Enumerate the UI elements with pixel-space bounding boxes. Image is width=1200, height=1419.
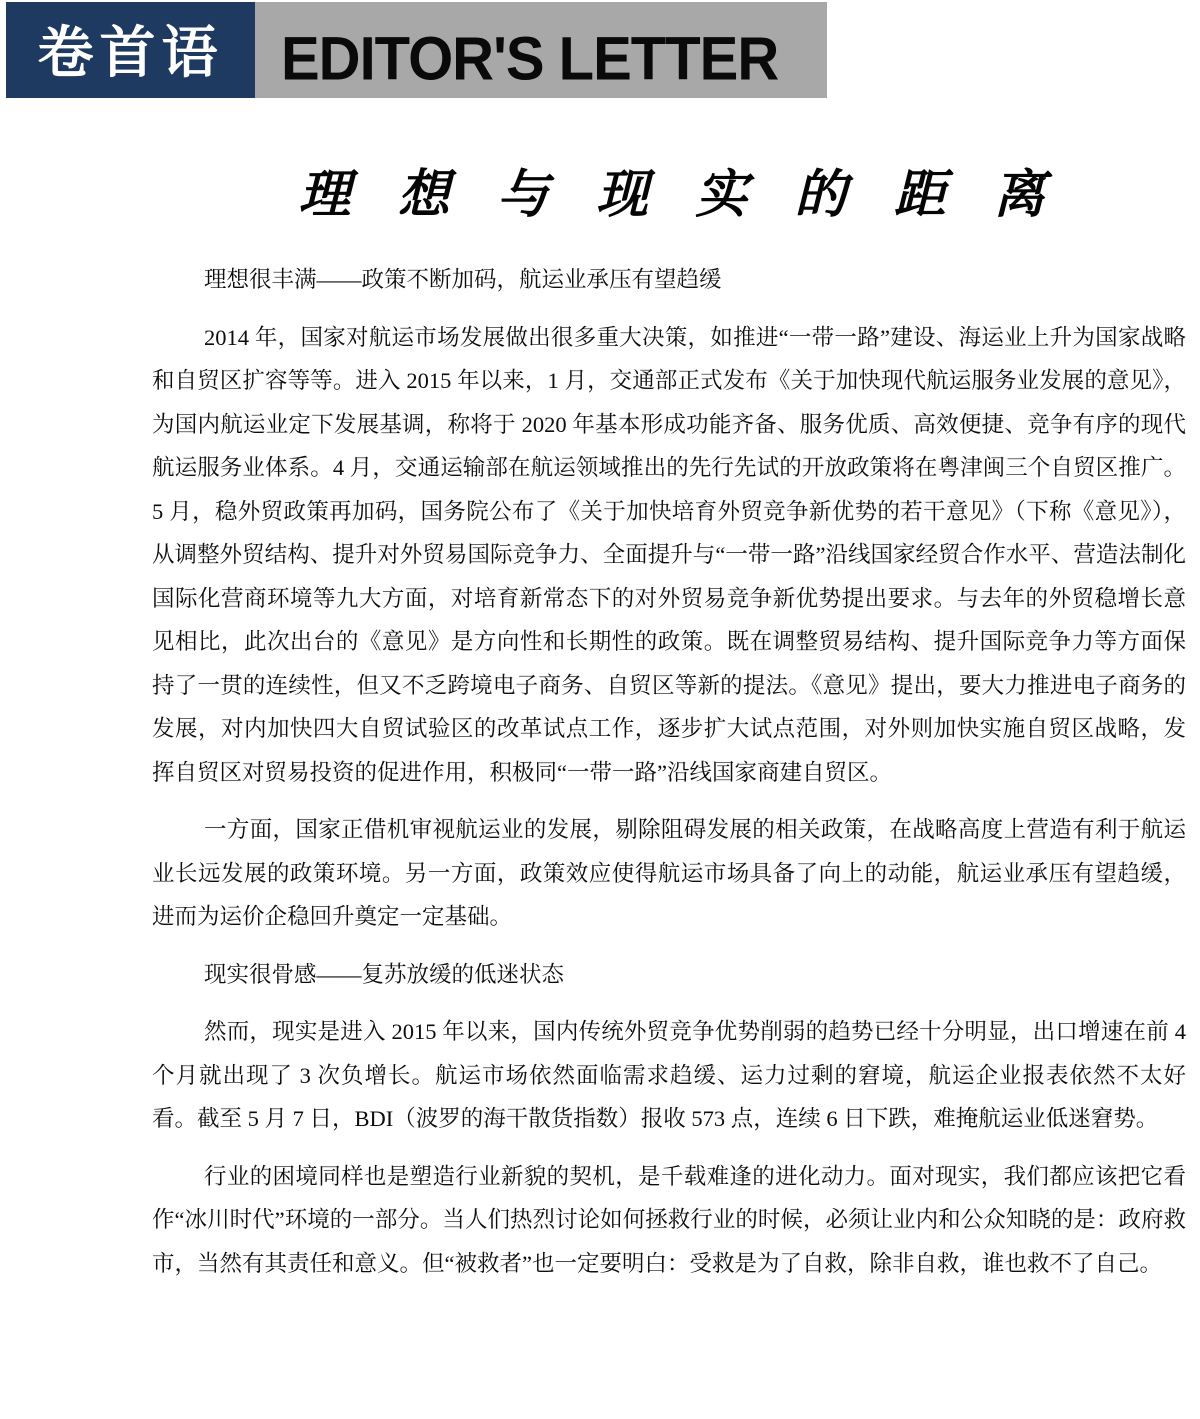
article-title: 理 想 与 现 实 的 距 离 [172,158,1186,232]
paragraph-policy-overview: 2014 年，国家对航运市场发展做出很多重大决策，如推进“一带一路”建设、海运业… [152,316,1186,795]
section-badge: 卷首语 [6,2,255,98]
subheading-reality: 现实很骨感——复苏放缓的低迷状态 [152,953,1186,997]
paragraph-conclusion: 行业的困境同样也是塑造行业新貌的契机，是千载难逢的进化动力。面对现实，我们都应该… [152,1155,1186,1286]
section-badge-label: 卷首语 [38,25,224,81]
paragraph-market-reality: 然而，现实是进入 2015 年以来，国内传统外贸竞争优势削弱的趋势已经十分明显，… [152,1010,1186,1141]
header-banner: EDITOR'S LETTER [255,2,827,98]
paragraph-policy-effect: 一方面，国家正借机审视航运业的发展，剔除阻碍发展的相关政策，在战略高度上营造有利… [152,808,1186,939]
header-banner-title: EDITOR'S LETTER [281,29,778,90]
page-header: 卷首语 EDITOR'S LETTER [6,2,827,98]
article-body: 理想很丰满——政策不断加码，航运业承压有望趋缓 2014 年，国家对航运市场发展… [152,258,1186,1285]
editor-letter-article: 理 想 与 现 实 的 距 离 理想很丰满——政策不断加码，航运业承压有望趋缓 … [152,98,1186,1285]
subheading-ideal: 理想很丰满——政策不断加码，航运业承压有望趋缓 [152,258,1186,302]
